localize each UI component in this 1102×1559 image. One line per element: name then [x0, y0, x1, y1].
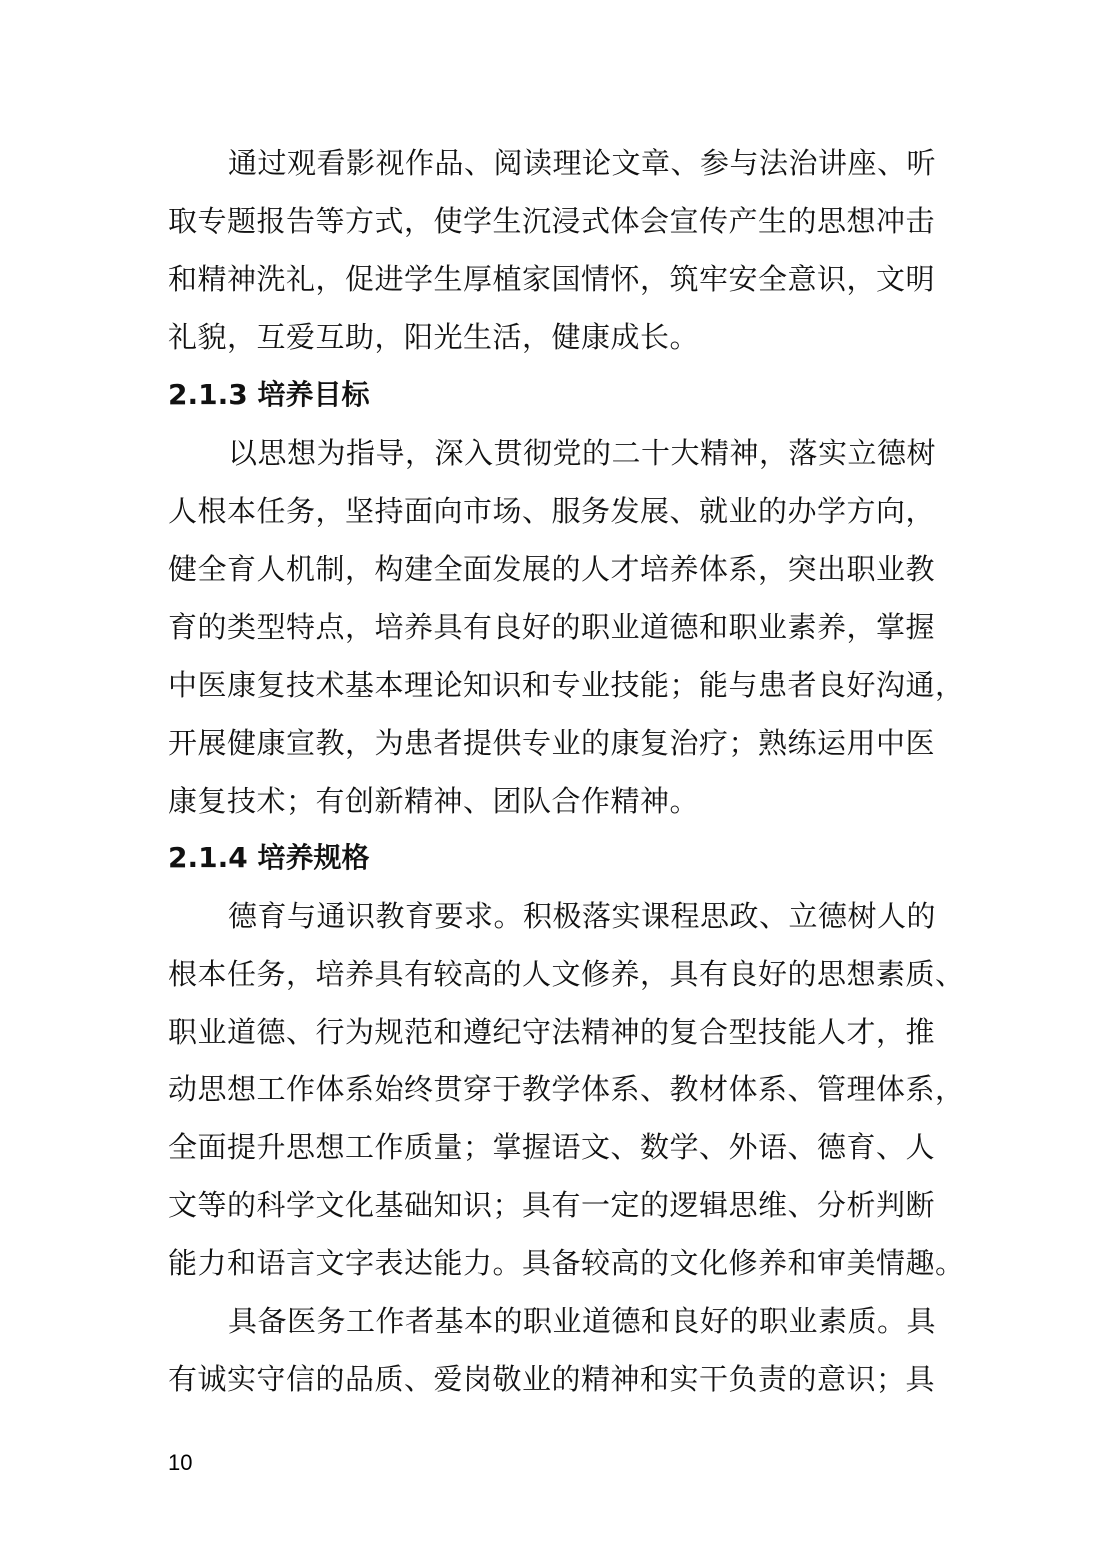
paragraph-2-line-3: 健全育人机制，构建全面发展的人才培养体系，突出职业教: [168, 549, 968, 589]
section-heading-2-1-4: 2.1.4 培养规格: [168, 838, 968, 878]
paragraph-1-line-2: 取专题报告等方式，使学生沉浸式体会宣传产生的思想冲击: [168, 201, 968, 241]
paragraph-2-line-1: 以思想为指导，深入贯彻党的二十大精神，落实立德树: [228, 433, 1028, 473]
paragraph-2-line-6: 开展健康宣教，为患者提供专业的康复治疗；熟练运用中医: [168, 723, 968, 763]
paragraph-3-line-6: 文等的科学文化基础知识；具有一定的逻辑思维、分析判断: [168, 1185, 968, 1225]
paragraph-1-line-4: 礼貌，互爱互助，阳光生活，健康成长。: [168, 317, 968, 357]
paragraph-4-line-2: 有诚实守信的品质、爱岗敬业的精神和实干负责的意识；具: [168, 1359, 968, 1399]
document-page: 通过观看影视作品、阅读理论文章、参与法治讲座、听 取专题报告等方式，使学生沉浸式…: [0, 0, 1102, 1559]
paragraph-3-line-2: 根本任务，培养具有较高的人文修养，具有良好的思想素质、: [168, 954, 968, 994]
paragraph-2-line-5: 中医康复技术基本理论知识和专业技能；能与患者良好沟通，: [168, 665, 968, 705]
paragraph-4-line-1: 具备医务工作者基本的职业道德和良好的职业素质。具: [228, 1301, 1028, 1341]
paragraph-3-line-5: 全面提升思想工作质量；掌握语文、数学、外语、德育、人: [168, 1127, 968, 1167]
paragraph-1-line-1: 通过观看影视作品、阅读理论文章、参与法治讲座、听: [228, 143, 1028, 183]
section-heading-2-1-3: 2.1.3 培养目标: [168, 375, 968, 415]
paragraph-3-line-1: 德育与通识教育要求。积极落实课程思政、立德树人的: [228, 896, 1028, 936]
paragraph-3-line-3: 职业道德、行为规范和遵纪守法精神的复合型技能人才，推: [168, 1012, 968, 1052]
paragraph-1-line-3: 和精神洗礼，促进学生厚植家国情怀，筑牢安全意识，文明: [168, 259, 968, 299]
paragraph-2-line-4: 育的类型特点，培养具有良好的职业道德和职业素养，掌握: [168, 607, 968, 647]
page-number: 10: [168, 1449, 192, 1477]
paragraph-3-line-4: 动思想工作体系始终贯穿于教学体系、教材体系、管理体系，: [168, 1069, 968, 1109]
paragraph-3-line-7: 能力和语言文字表达能力。具备较高的文化修养和审美情趣。: [168, 1243, 968, 1283]
paragraph-2-line-7: 康复技术；有创新精神、团队合作精神。: [168, 781, 968, 821]
paragraph-2-line-2: 人根本任务，坚持面向市场、服务发展、就业的办学方向，: [168, 491, 968, 531]
